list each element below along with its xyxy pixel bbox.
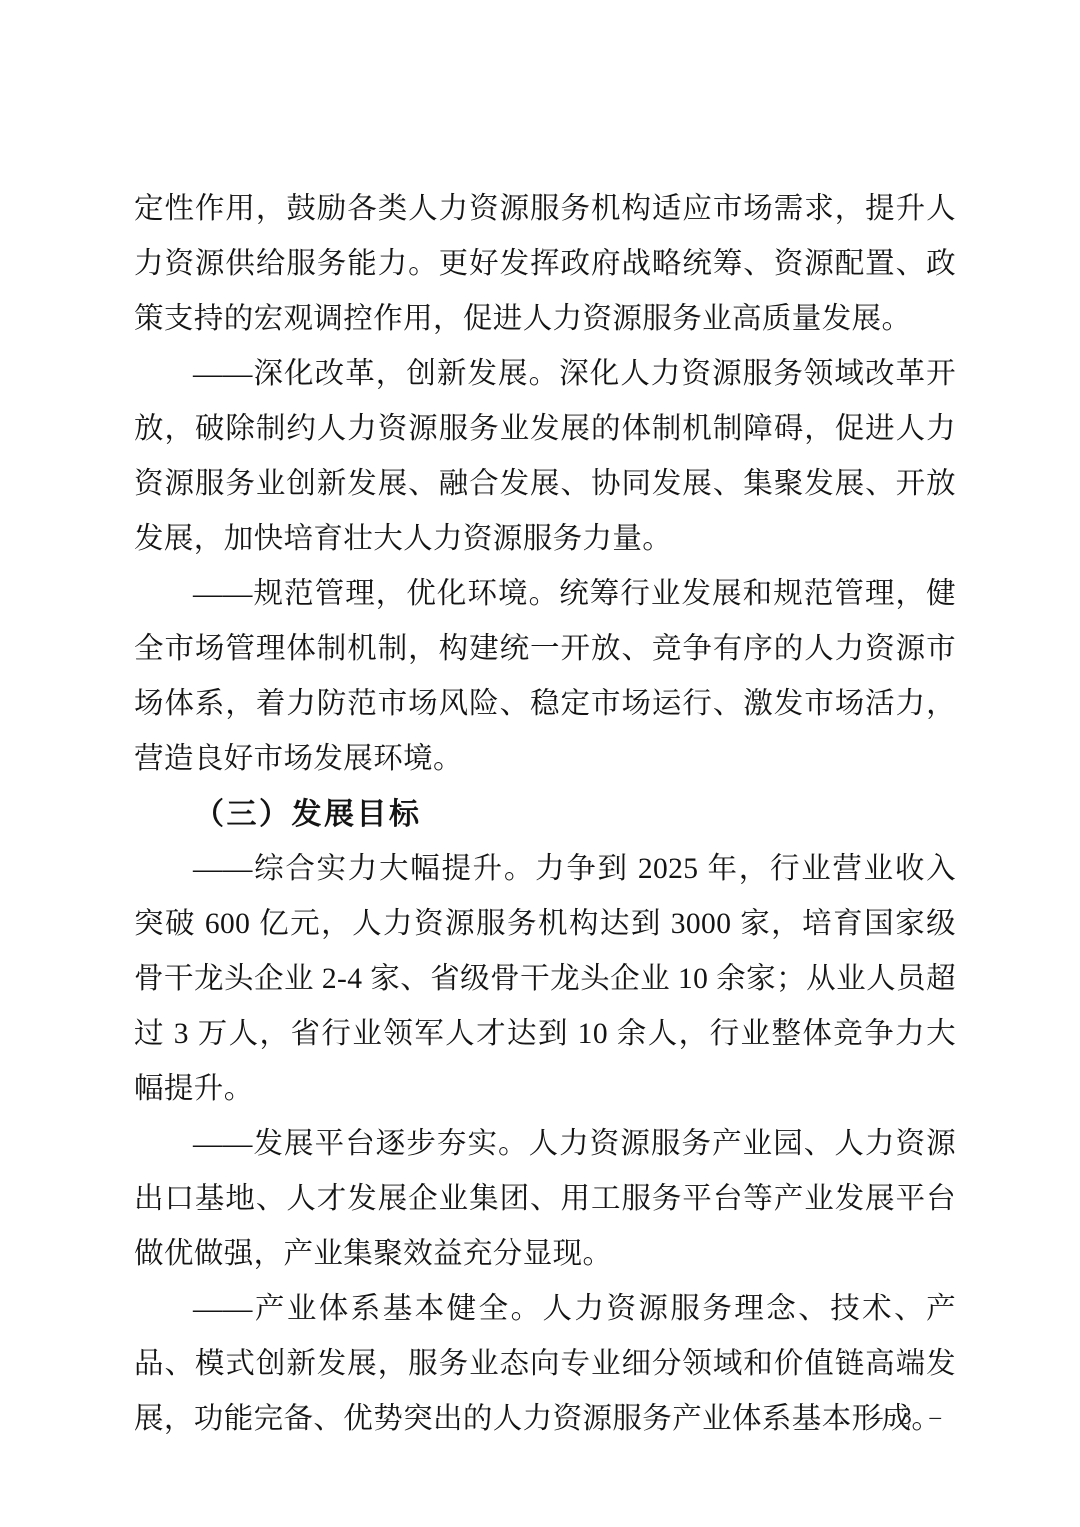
paragraph-deepen-reform: ——深化改革，创新发展。深化人力资源服务领域改革开放，破除制约人力资源服务业发展… <box>134 347 956 567</box>
section-heading-development-goals: （三）发展目标 <box>134 787 956 842</box>
paragraph-comprehensive-strength: ——综合实力大幅提升。力争到 2025 年，行业营业收入突破 600 亿元，人力… <box>134 842 956 1117</box>
page-number: – 3 – <box>871 1404 947 1430</box>
paragraph-industry-system: ——产业体系基本健全。人力资源服务理念、技术、产品、模式创新发展，服务业态向专业… <box>134 1282 956 1447</box>
paragraph-standardize-management: ——规范管理，优化环境。统筹行业发展和规范管理，健全市场管理体制机制，构建统一开… <box>134 567 956 787</box>
paragraph-development-platform: ——发展平台逐步夯实。人力资源服务产业园、人力资源出口基地、人才发展企业集团、用… <box>134 1117 956 1282</box>
paragraph-continuation: 定性作用，鼓励各类人力资源服务机构适应市场需求，提升人力资源供给服务能力。更好发… <box>134 182 956 347</box>
document-body: 定性作用，鼓励各类人力资源服务机构适应市场需求，提升人力资源供给服务能力。更好发… <box>134 182 956 1447</box>
document-page: 定性作用，鼓励各类人力资源服务机构适应市场需求，提升人力资源供给服务能力。更好发… <box>0 0 1080 1527</box>
